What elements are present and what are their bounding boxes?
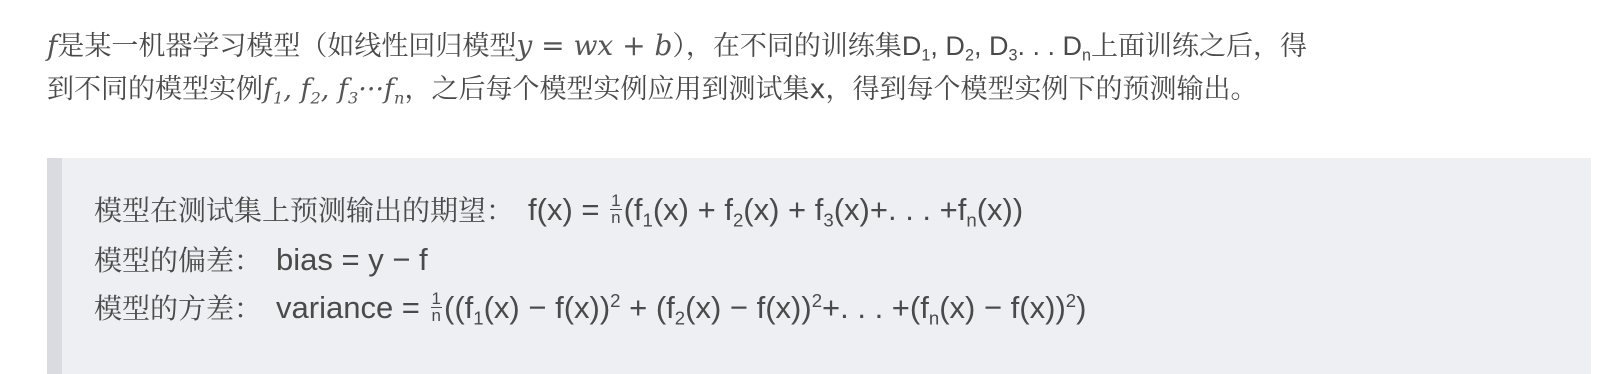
variance-line: 模型的方差：variance = 1n((f1(x) − f(x))2 + (f… [94, 288, 1086, 329]
intro-text-b: ），在不同的训练集 [672, 31, 902, 62]
intro-text-e: ，之后每个模型实例应用到测试集x，得到每个模型实例下的预测输出。 [404, 74, 1257, 105]
variance-formula: variance = 1n((f1(x) − f(x))2 + (f2(x) −… [276, 290, 1086, 325]
expectation-label: 模型在测试集上预测输出的期望： [94, 191, 514, 231]
fraction-1-over-n: 1n [610, 193, 621, 226]
intro-text-d: 到不同的模型实例 [47, 74, 263, 105]
intro-line-1: f是某一机器学习模型（如线性回归模型y = wx + b），在不同的训练集D1,… [47, 24, 1606, 68]
expectation-formula: f(x) = 1n(f1(x) + f2(x) + f3(x)+. . . +f… [528, 192, 1023, 227]
intro-text-a: 是某一机器学习模型（如线性回归模型 [57, 31, 516, 62]
expectation-line: 模型在测试集上预测输出的期望：f(x) = 1n(f1(x) + f2(x) +… [94, 190, 1023, 231]
math-f-symbol: f [47, 29, 57, 62]
fraction-1-over-n: 1n [431, 291, 442, 324]
intro-line-2: 到不同的模型实例f1, f2, f3···fn，之后每个模型实例应用到测试集x，… [47, 68, 1606, 112]
bias-formula: bias = y − f [276, 242, 428, 277]
variance-label: 模型的方差： [94, 289, 262, 329]
blockquote-bar [47, 158, 62, 374]
intro-text-c: 上面训练之后，得 [1091, 31, 1307, 62]
formula-blockquote: 模型在测试集上预测输出的期望：f(x) = 1n(f1(x) + f2(x) +… [47, 158, 1591, 374]
dataset-list: D1, D2, D3. . . Dn [902, 31, 1091, 61]
intro-paragraph: f是某一机器学习模型（如线性回归模型y = wx + b），在不同的训练集D1,… [47, 24, 1606, 112]
math-linear-model: y = wx + b [516, 29, 672, 62]
bias-label: 模型的偏差： [94, 241, 262, 281]
model-instance-list: f1, f2, f3···fn [263, 74, 404, 105]
bias-line: 模型的偏差：bias = y − f [94, 240, 428, 281]
